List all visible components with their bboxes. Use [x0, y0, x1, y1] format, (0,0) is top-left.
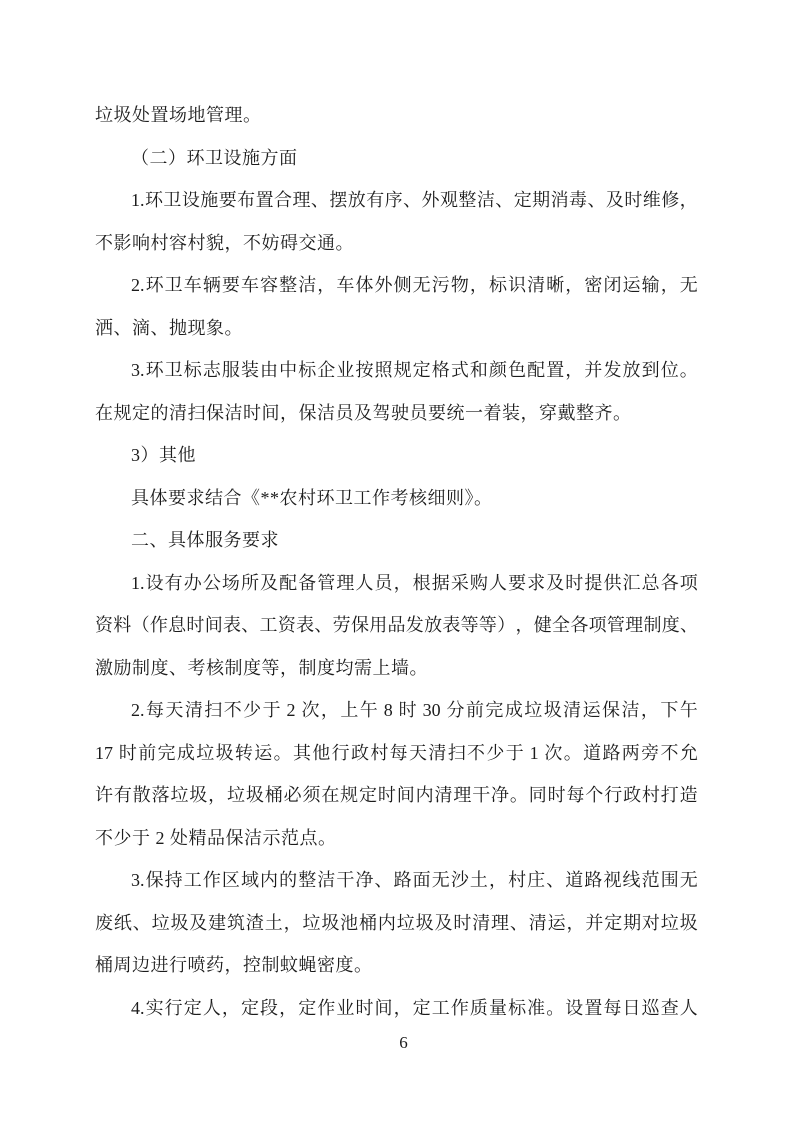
paragraph: （二）环卫设施方面 — [95, 137, 698, 180]
paragraph: 3.环卫标志服装由中标企业按照规定格式和颜色配置，并发放到位。在规定的清扫保洁时… — [95, 349, 698, 434]
page-footer: 6 — [95, 1031, 698, 1055]
text-line: 资料（作息时间表、工资表、劳保用品发放表等等），健全各项管理制度、 — [95, 604, 698, 647]
text-line: 许有散落垃圾，垃圾桶必须在规定时间内清理干净。同时每个行政村打造 — [95, 774, 698, 817]
paragraph: 3）其他 — [95, 434, 698, 477]
text-line: 17 时前完成垃圾转运。其他行政村每天清扫不少于 1 次。道路两旁不允 — [95, 732, 698, 775]
text-line: 在规定的清扫保洁时间，保洁员及驾驶员要统一着装，穿戴整齐。 — [95, 392, 698, 435]
paragraph: 二、具体服务要求 — [95, 519, 698, 562]
text-line: 4.实行定人，定段，定作业时间，定工作质量标准。设置每日巡查人 — [95, 987, 698, 1030]
text-line: 1.设有办公场所及配备管理人员，根据采购人要求及时提供汇总各项 — [95, 562, 698, 605]
document-body: 垃圾处置场地管理。（二）环卫设施方面1.环卫设施要布置合理、摆放有序、外观整洁、… — [95, 94, 698, 1029]
paragraph: 2.每天清扫不少于 2 次，上午 8 时 30 分前完成垃圾清运保洁，下午17 … — [95, 689, 698, 859]
text-line: 不少于 2 处精品保洁示范点。 — [95, 817, 698, 860]
paragraph: 1.环卫设施要布置合理、摆放有序、外观整洁、定期消毒、及时维修，不影响村容村貌，… — [95, 179, 698, 264]
text-line: 3）其他 — [95, 434, 698, 477]
text-line: 具体要求结合《**农村环卫工作考核细则》。 — [95, 477, 698, 520]
text-line: 二、具体服务要求 — [95, 519, 698, 562]
text-line: 废纸、垃圾及建筑渣土，垃圾池桶内垃圾及时清理、清运，并定期对垃圾 — [95, 902, 698, 945]
text-line: 不影响村容村貌，不妨碍交通。 — [95, 222, 698, 265]
text-line: 3.保持工作区域内的整洁干净、路面无沙土，村庄、道路视线范围无 — [95, 859, 698, 902]
text-line: 3.环卫标志服装由中标企业按照规定格式和颜色配置，并发放到位。 — [95, 349, 698, 392]
text-line: 垃圾处置场地管理。 — [95, 94, 698, 137]
text-line: 洒、滴、抛现象。 — [95, 307, 698, 350]
text-line: 桶周边进行喷药，控制蚊蝇密度。 — [95, 944, 698, 987]
text-line: 激励制度、考核制度等，制度均需上墙。 — [95, 647, 698, 690]
paragraph: 4.实行定人，定段，定作业时间，定工作质量标准。设置每日巡查人 — [95, 987, 698, 1030]
text-line: 1.环卫设施要布置合理、摆放有序、外观整洁、定期消毒、及时维修， — [95, 179, 698, 222]
document-page: 垃圾处置场地管理。（二）环卫设施方面1.环卫设施要布置合理、摆放有序、外观整洁、… — [0, 0, 793, 1122]
paragraph: 具体要求结合《**农村环卫工作考核细则》。 — [95, 477, 698, 520]
text-line: （二）环卫设施方面 — [95, 137, 698, 180]
paragraph: 2.环卫车辆要车容整洁，车体外侧无污物，标识清晰，密闭运输，无洒、滴、抛现象。 — [95, 264, 698, 349]
paragraph: 3.保持工作区域内的整洁干净、路面无沙土，村庄、道路视线范围无废纸、垃圾及建筑渣… — [95, 859, 698, 987]
paragraph: 1.设有办公场所及配备管理人员，根据采购人要求及时提供汇总各项资料（作息时间表、… — [95, 562, 698, 690]
text-line: 2.每天清扫不少于 2 次，上午 8 时 30 分前完成垃圾清运保洁，下午 — [95, 689, 698, 732]
text-line: 2.环卫车辆要车容整洁，车体外侧无污物，标识清晰，密闭运输，无 — [95, 264, 698, 307]
paragraph: 垃圾处置场地管理。 — [95, 94, 698, 137]
page-number: 6 — [399, 1033, 408, 1052]
